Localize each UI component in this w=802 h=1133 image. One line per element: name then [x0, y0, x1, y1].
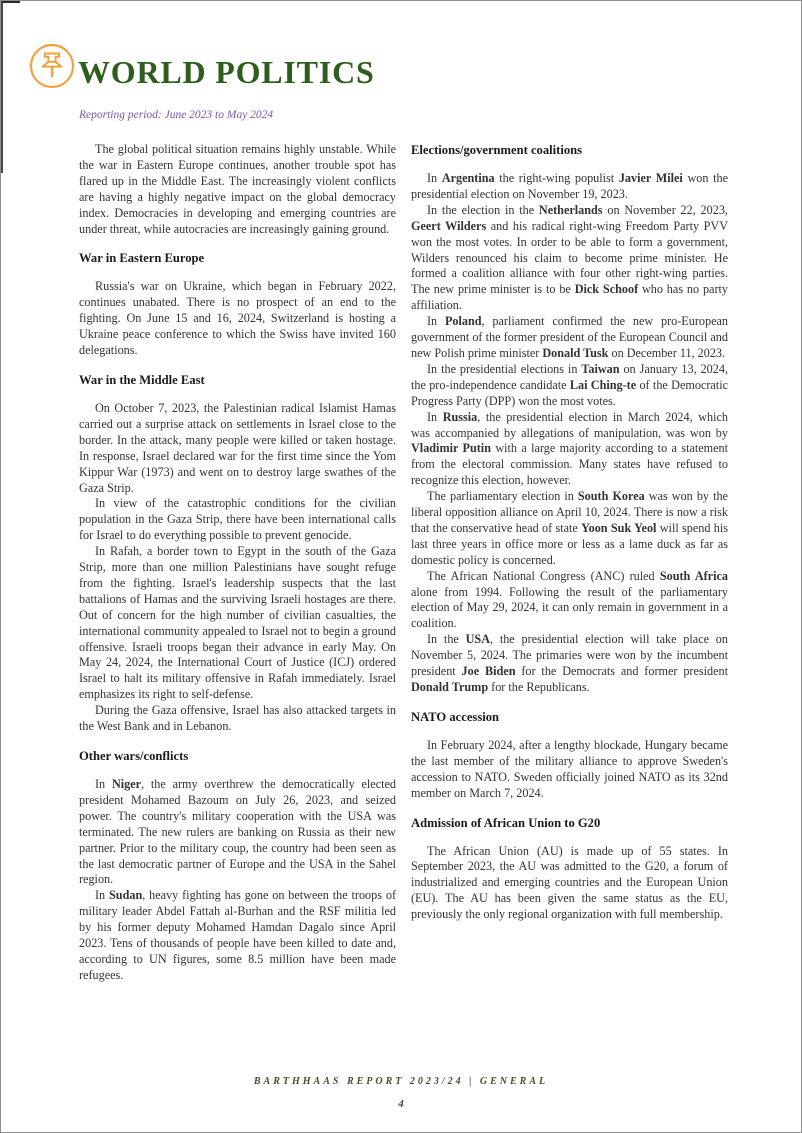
paragraph: During the Gaza offensive, Israel has al… — [79, 703, 396, 735]
page-number: 4 — [1, 1098, 801, 1110]
report-page: WORLD POLITICS Reporting period: June 20… — [0, 0, 802, 1133]
paragraph: In Rafah, a border town to Egypt in the … — [79, 544, 396, 703]
paragraph: Russia's war on Ukraine, which began in … — [79, 279, 396, 359]
report-title-footer: BARTHHAAS REPORT 2023/24 | GENERAL — [1, 1075, 801, 1088]
page-title: WORLD POLITICS — [78, 54, 375, 90]
paragraph: In Sudan, heavy fighting has gone on bet… — [79, 888, 396, 983]
paragraph: In Poland, parliament confirmed the new … — [411, 314, 728, 362]
section-heading: Admission of African Union to G20 — [411, 815, 728, 831]
section-heading: War in Eastern Europe — [79, 250, 396, 266]
paragraph: In view of the catastrophic conditions f… — [79, 496, 396, 544]
paragraph: In the USA, the presidential election wi… — [411, 632, 728, 696]
left-column: The global political situation remains h… — [79, 142, 396, 984]
section-heading: Elections/government coalitions — [411, 142, 728, 158]
paragraph: The parliamentary election in South Kore… — [411, 489, 728, 569]
paragraph: In Argentina the right-wing populist Jav… — [411, 171, 728, 203]
right-column: Elections/government coalitionsIn Argent… — [411, 142, 728, 984]
section-heading: NATO accession — [411, 709, 728, 725]
paragraph: On October 7, 2023, the Palestinian radi… — [79, 401, 396, 496]
page-footer: BARTHHAAS REPORT 2023/24 | GENERAL 4 — [1, 1075, 801, 1110]
pushpin-icon — [29, 43, 75, 89]
section-heading: Other wars/conflicts — [79, 748, 396, 764]
article-columns: The global political situation remains h… — [79, 142, 728, 984]
reporting-period: Reporting period: June 2023 to May 2024 — [79, 109, 273, 121]
paragraph: In Russia, the presidential election in … — [411, 410, 728, 490]
paragraph: In Niger, the army overthrew the democra… — [79, 777, 396, 888]
paragraph: In the election in the Netherlands on No… — [411, 203, 728, 314]
paragraph: In February 2024, after a lengthy blocka… — [411, 738, 728, 802]
paragraph: The African Union (AU) is made up of 55 … — [411, 844, 728, 924]
paragraph: The African National Congress (ANC) rule… — [411, 569, 728, 633]
paragraph: The global political situation remains h… — [79, 142, 396, 237]
paragraph: In the presidential elections in Taiwan … — [411, 362, 728, 410]
section-heading: War in the Middle East — [79, 372, 396, 388]
